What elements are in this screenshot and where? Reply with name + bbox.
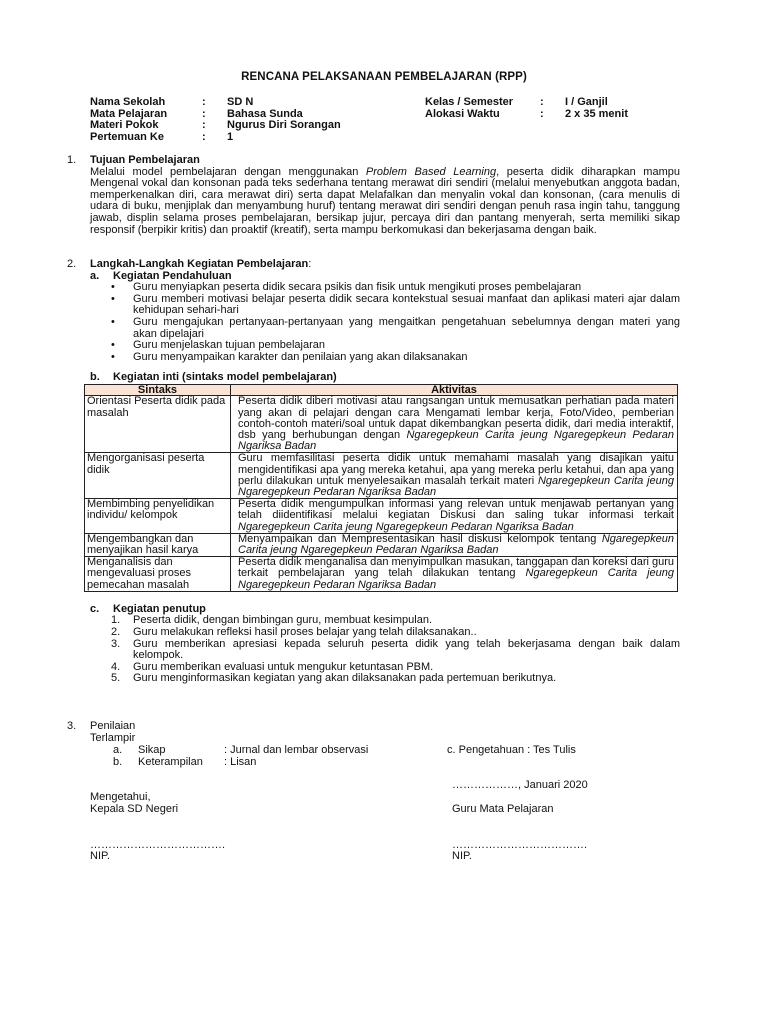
meta-label: Kelas / Semester bbox=[425, 97, 540, 109]
list-number: 2. bbox=[111, 627, 120, 639]
cell-text: Peserta didik mengumpulkan informasi yan… bbox=[238, 498, 674, 521]
assessment-item-sikap: a. Sikap : Jurnal dan lembar observasi bbox=[113, 745, 368, 757]
meta-label: Nama Sekolah bbox=[90, 97, 202, 109]
subsection-letter: a. bbox=[90, 271, 113, 283]
section-langkah-kegiatan: 2. Langkah-Langkah Kegiatan Pembelajaran… bbox=[67, 259, 680, 685]
list-text: Guru melakukan refleksi hasil proses bel… bbox=[133, 626, 477, 638]
cell-sintaks: Mengorganisasi peserta didik bbox=[85, 453, 231, 499]
penutup-list: 1.Peserta didik, dengan bimbingan guru, … bbox=[111, 615, 680, 685]
signature-right-nip: NIP. bbox=[452, 851, 472, 863]
list-number: 5. bbox=[111, 673, 120, 685]
section-heading-text: Langkah-Langkah Kegiatan Pembelajaran bbox=[90, 258, 308, 270]
assessment-value: : Jurnal dan lembar observasi bbox=[224, 745, 368, 757]
assessment-value: : Lisan bbox=[224, 757, 256, 769]
rpp-document-page: RENCANA PELAKSANAAN PEMBELAJARAN (RPP) N… bbox=[0, 0, 768, 1024]
section-heading: Penilaian bbox=[90, 721, 680, 733]
paragraph-italic: Problem Based Learning bbox=[366, 166, 496, 178]
table-row: Membimbing penyelidikan individu/ kelomp… bbox=[85, 499, 678, 534]
signature-left-line2: Kepala SD Negeri bbox=[90, 804, 178, 816]
signature-right-dots: ………………………………. bbox=[452, 840, 587, 852]
meta-label: Alokasi Waktu bbox=[425, 109, 540, 121]
cell-text: Menyampaikan dan Mempresentasikan hasil … bbox=[238, 533, 602, 545]
column-header-aktivitas: Aktivitas bbox=[231, 384, 678, 396]
column-header-sintaks: Sintaks bbox=[85, 384, 231, 396]
section-penilaian: 3. Penilaian Terlampir bbox=[67, 721, 680, 744]
assessment-letter: a. bbox=[113, 745, 138, 757]
list-text: Guru memberikan apresiasi kepada seluruh… bbox=[133, 638, 680, 662]
subsection-title: Kegiatan inti (sintaks model pembelajara… bbox=[113, 372, 337, 384]
section-number: 1. bbox=[67, 155, 76, 167]
subsection-letter: c. bbox=[90, 604, 113, 616]
document-title: RENCANA PELAKSANAAN PEMBELAJARAN (RPP) bbox=[0, 72, 768, 84]
list-item: Guru menjelaskan tujuan pembelajaran bbox=[111, 340, 680, 352]
section-number: 2. bbox=[67, 259, 76, 271]
section-number: 3. bbox=[67, 721, 76, 733]
meta-label: Pertemuan Ke bbox=[90, 132, 202, 144]
table-row: Mengorganisasi peserta didik Guru memfas… bbox=[85, 453, 678, 499]
list-item: 5.Guru menginformasikan kegiatan yang ak… bbox=[111, 673, 680, 685]
cell-aktivitas: Peserta didik diberi motivasi atau rangs… bbox=[231, 396, 678, 453]
assessment-text: c. Pengetahuan : Tes Tulis bbox=[447, 745, 576, 757]
list-item: Guru memberi motivasi belajar peserta di… bbox=[111, 294, 680, 317]
table-row: Menganalisis dan mengevaluasi proses pem… bbox=[85, 557, 678, 592]
signature-left-line1: Mengetahui, bbox=[90, 792, 151, 804]
table-row: Mengembangkan dan menyajikan hasil karya… bbox=[85, 533, 678, 556]
meta-row-pertemuan-ke: Pertemuan Ke : 1 bbox=[90, 132, 341, 144]
cell-aktivitas: Peserta didik menganalisa dan menyimpulk… bbox=[231, 557, 678, 592]
assessment-letter: b. bbox=[113, 757, 138, 769]
meta-value: I / Ganjil bbox=[565, 97, 608, 109]
cell-aktivitas: Menyampaikan dan Mempresentasikan hasil … bbox=[231, 533, 678, 556]
assessment-label: Keterampilan bbox=[138, 757, 224, 769]
pendahuluan-list: Guru menyiapkan peserta didik secara psi… bbox=[111, 282, 680, 363]
section-subtitle: Terlampir bbox=[90, 733, 680, 745]
tujuan-paragraph: Melalui model pembelajaran dengan menggu… bbox=[90, 167, 680, 237]
list-number: 3. bbox=[111, 639, 120, 651]
meta-value: SD N bbox=[227, 97, 253, 109]
section-tujuan-pembelajaran: 1. Tujuan Pembelajaran Melalui model pem… bbox=[67, 155, 680, 236]
section-heading-suffix: : bbox=[308, 258, 311, 270]
meta-row-kelas-semester: Kelas / Semester : I / Ganjil bbox=[425, 97, 628, 109]
cell-aktivitas: Peserta didik mengumpulkan informasi yan… bbox=[231, 499, 678, 534]
meta-sep: : bbox=[540, 97, 565, 109]
section-heading: Langkah-Langkah Kegiatan Pembelajaran: bbox=[90, 259, 680, 271]
assessment-item-keterampilan: b. Keterampilan : Lisan bbox=[113, 757, 256, 769]
sintaks-table: Sintaks Aktivitas Orientasi Peserta didi… bbox=[84, 384, 678, 592]
table-header-row: Sintaks Aktivitas bbox=[85, 384, 678, 396]
meta-value: 1 bbox=[227, 132, 233, 144]
list-text: Guru memberikan evaluasi untuk mengukur … bbox=[133, 661, 433, 673]
meta-sep: : bbox=[202, 120, 227, 132]
list-item: Guru mengajukan pertanyaan-pertanyaan ya… bbox=[111, 317, 680, 340]
assessment-label: Sikap bbox=[138, 745, 224, 757]
table-row: Orientasi Peserta didik pada masalah Pes… bbox=[85, 396, 678, 453]
cell-italic: Ngaregepkeun Carita jeung Ngaregepkeun P… bbox=[238, 521, 574, 533]
cell-sintaks: Orientasi Peserta didik pada masalah bbox=[85, 396, 231, 453]
list-text: Guru menginformasikan kegiatan yang akan… bbox=[133, 672, 556, 684]
paragraph-text: Melalui model pembelajaran dengan menggu… bbox=[90, 166, 366, 178]
list-text: Peserta didik, dengan bimbingan guru, me… bbox=[133, 614, 432, 626]
meta-info-right: Kelas / Semester : I / Ganjil Alokasi Wa… bbox=[425, 97, 628, 120]
list-item: 3.Guru memberikan apresiasi kepada selur… bbox=[111, 639, 680, 662]
meta-sep: : bbox=[202, 97, 227, 109]
cell-sintaks: Menganalisis dan mengevaluasi proses pem… bbox=[85, 557, 231, 592]
list-item: Guru menyampaikan karakter dan penilaian… bbox=[111, 352, 680, 364]
signature-left-dots: ………………………………. bbox=[90, 840, 225, 852]
cell-sintaks: Mengembangkan dan menyajikan hasil karya bbox=[85, 533, 231, 556]
signature-right-line1: Guru Mata Pelajaran bbox=[452, 804, 554, 816]
meta-sep: : bbox=[202, 132, 227, 144]
assessment-item-pengetahuan: c. Pengetahuan : Tes Tulis bbox=[447, 745, 576, 757]
meta-value: 2 x 35 menit bbox=[565, 109, 628, 121]
cell-aktivitas: Guru memfasilitasi peserta didik untuk m… bbox=[231, 453, 678, 499]
meta-row-alokasi-waktu: Alokasi Waktu : 2 x 35 menit bbox=[425, 109, 628, 121]
cell-sintaks: Membimbing penyelidikan individu/ kelomp… bbox=[85, 499, 231, 534]
subsection-heading-inti: b. Kegiatan inti (sintaks model pembelaj… bbox=[90, 372, 680, 384]
subsection-letter: b. bbox=[90, 372, 113, 384]
signature-left-nip: NIP. bbox=[90, 851, 110, 863]
meta-row-nama-sekolah: Nama Sekolah : SD N bbox=[90, 97, 341, 109]
meta-sep: : bbox=[202, 109, 227, 121]
meta-info-left: Nama Sekolah : SD N Mata Pelajaran : Bah… bbox=[90, 97, 341, 143]
meta-value: Ngurus Diri Sorangan bbox=[227, 120, 341, 132]
signature-date: ………………, Januari 2020 bbox=[452, 780, 588, 792]
meta-sep: : bbox=[540, 109, 565, 121]
